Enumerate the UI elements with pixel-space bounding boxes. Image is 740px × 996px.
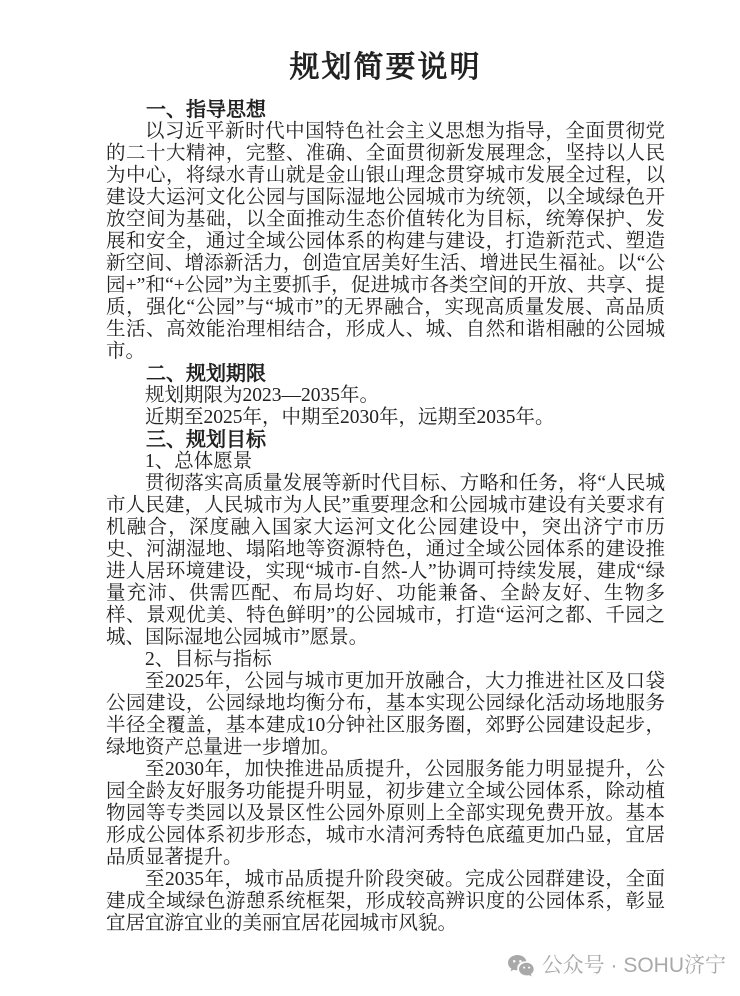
- paragraph-goal-2035: 至2035年，城市品质提升阶段突破。完成公园群建设，全面建成全域绿色游憩系统框架…: [106, 869, 665, 935]
- subheading-goals-indicators: 2、目标与指标: [106, 649, 665, 671]
- paragraph-overall-vision: 贯彻落实高质量发展等新时代目标、方略和任务，将“人民城市人民建，人民城市为人民”…: [106, 473, 665, 649]
- page-title: 规划简要说明: [106, 50, 665, 86]
- paragraph-planning-period-range: 规划期限为2023—2035年。: [106, 385, 665, 407]
- paragraph-goal-2030: 至2030年，加快推进品质提升，公园服务能力明显提升，公园全龄友好服务功能提升明…: [106, 759, 665, 869]
- section-heading-guiding-ideology: 一、指导思想: [106, 99, 665, 121]
- watermark: 公众号 · SOHU济宁: [507, 953, 726, 979]
- wechat-icon: [507, 954, 535, 979]
- section-heading-planning-goals: 三、规划目标: [106, 429, 665, 451]
- document-page: 规划简要说明 一、指导思想 以习近平新时代中国特色社会主义思想为指导，全面贯彻党…: [0, 0, 740, 996]
- paragraph-planning-period-phases: 近期至2025年，中期至2030年，远期至2035年。: [106, 407, 665, 429]
- paragraph-goal-2025: 至2025年，公园与城市更加开放融合，大力推进社区及口袋公园建设，公园绿地均衡分…: [106, 671, 665, 759]
- paragraph-guiding-ideology: 以习近平新时代中国特色社会主义思想为指导，全面贯彻党的二十大精神，完整、准确、全…: [106, 121, 665, 363]
- section-heading-planning-period: 二、规划期限: [106, 363, 665, 385]
- watermark-text: 公众号 · SOHU济宁: [542, 953, 726, 979]
- subheading-overall-vision: 1、总体愿景: [106, 451, 665, 473]
